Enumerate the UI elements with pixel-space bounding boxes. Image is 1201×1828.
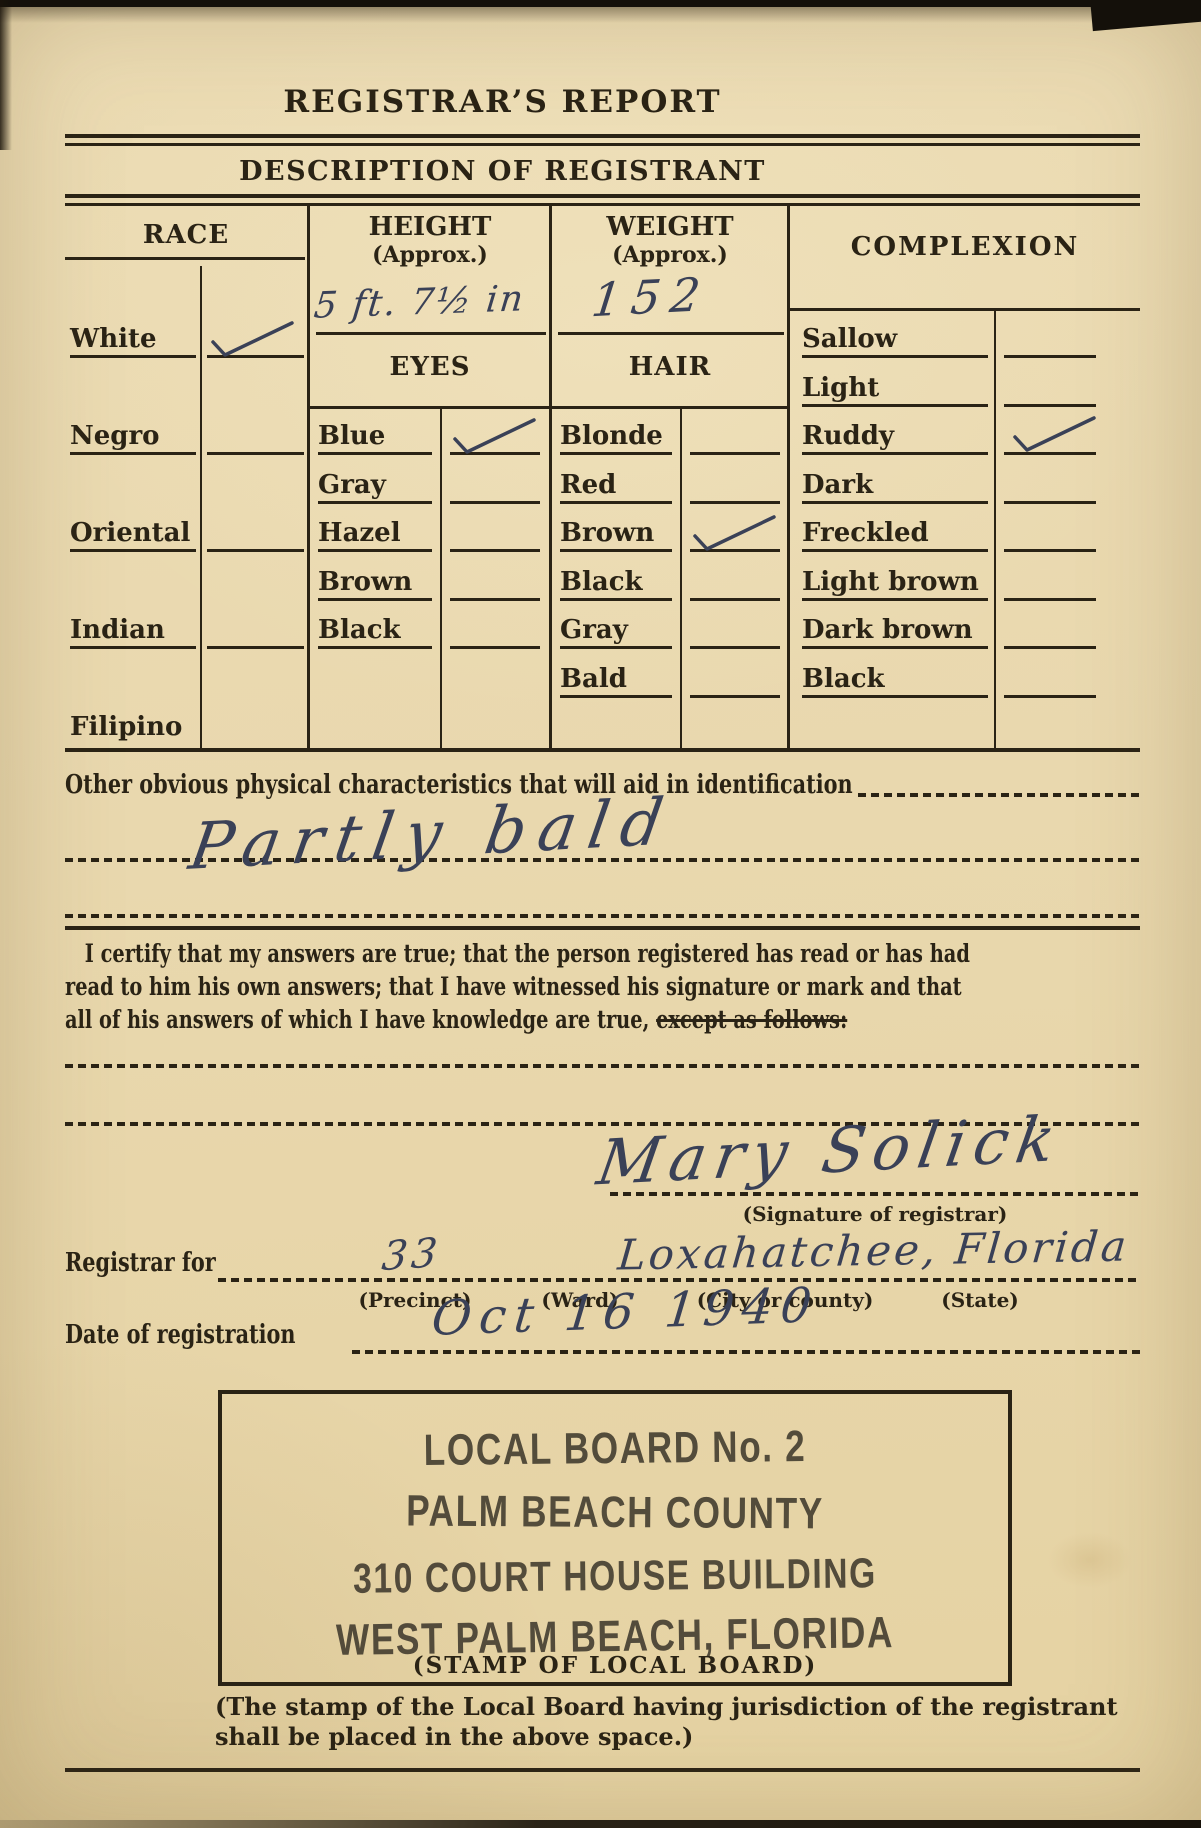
- eye-color-label: Blue: [318, 419, 432, 455]
- race-check-cell: [207, 613, 304, 649]
- divider: [790, 308, 1140, 311]
- divider: [65, 194, 1140, 198]
- scan-edge-left: [0, 0, 12, 150]
- scan-edge-top-shadow: [0, 7, 1201, 23]
- weight-header: WEIGHT: [552, 212, 788, 242]
- checkmark-race-white: [206, 316, 298, 362]
- checkmark-eyes-blue: [448, 413, 540, 459]
- race-check-cell: [207, 516, 304, 552]
- registrar-report-card: REGISTRAR’S REPORT DESCRIPTION OF REGIST…: [0, 0, 1201, 1828]
- complexion-check-cell: [1004, 468, 1096, 504]
- eyes-header: EYES: [310, 352, 550, 382]
- hair-check-cell: [690, 468, 780, 504]
- column-divider: [549, 206, 552, 750]
- hair-color-label: Blonde: [560, 419, 672, 455]
- eye-color-label: Black: [318, 613, 432, 649]
- complexion-label: Dark brown: [802, 613, 988, 649]
- hair-color-label: Brown: [560, 516, 672, 552]
- divider: [552, 406, 788, 409]
- blank-line-dashed: [65, 1064, 1140, 1068]
- state-caption: (State): [905, 1288, 1055, 1312]
- certification-paragraph: I certify that my answers are true; that…: [65, 938, 1165, 1037]
- stamp-caption: (STAMP OF LOCAL BOARD): [218, 1652, 1012, 1679]
- race-header-underline: [65, 257, 305, 260]
- eyes-check-cell: [450, 516, 540, 552]
- race-header: RACE: [65, 220, 307, 250]
- hair-check-cell: [690, 419, 780, 455]
- column-divider: [787, 206, 790, 750]
- divider: [310, 406, 550, 409]
- eyes-check-cell: [450, 468, 540, 504]
- precinct-value: 33: [380, 1230, 444, 1281]
- race-row-label: White: [70, 322, 196, 358]
- check-column-divider: [200, 266, 202, 750]
- check-column-divider: [994, 308, 996, 750]
- city-state-value: Loxahatchee, Florida: [616, 1221, 1131, 1279]
- column-divider: [307, 206, 310, 750]
- complexion-label: Light: [802, 371, 988, 407]
- complexion-check-cell: [1004, 322, 1096, 358]
- hair-header: HAIR: [552, 352, 788, 382]
- weight-value: 152: [589, 267, 713, 328]
- race-check-cell: [207, 419, 304, 455]
- race-row-label: Negro: [70, 419, 196, 455]
- hair-check-cell: [690, 662, 780, 698]
- hair-check-cell: [690, 565, 780, 601]
- divider: [65, 143, 1140, 146]
- race-row-label: Oriental: [70, 516, 196, 552]
- stamp-line: LOCAL BOARD No. 2: [297, 1421, 933, 1478]
- footnote-line: (The stamp of the Local Board having jur…: [215, 1692, 1118, 1721]
- divider: [65, 134, 1140, 138]
- eyes-check-cell: [450, 613, 540, 649]
- hair-color-label: Red: [560, 468, 672, 504]
- identification-dashes: [858, 793, 1140, 797]
- complexion-check-cell: [1004, 371, 1096, 407]
- certification-line: all of his answers of which I have knowl…: [65, 1004, 901, 1037]
- certification-line: I certify that my answers are true; that…: [65, 938, 901, 971]
- page-title: REGISTRAR’S REPORT: [65, 84, 940, 120]
- complexion-check-cell: [1004, 662, 1096, 698]
- check-column-divider: [440, 406, 442, 750]
- complexion-label: Freckled: [802, 516, 988, 552]
- complexion-label: Ruddy: [802, 419, 988, 455]
- height-value-line: [316, 332, 546, 335]
- race-row-label: Indian: [70, 613, 196, 649]
- complexion-label: Dark: [802, 468, 988, 504]
- race-row-label: Filipino: [70, 710, 196, 743]
- complexion-check-cell: [1004, 613, 1096, 649]
- eye-color-label: Hazel: [318, 516, 432, 552]
- eyes-check-cell: [450, 565, 540, 601]
- registrar-for-label: Registrar for: [65, 1248, 216, 1278]
- weight-approx-label: (Approx.): [552, 242, 788, 268]
- checkmark-hair-brown: [688, 510, 780, 556]
- registrar-signature: Mary Solick: [592, 1101, 1068, 1199]
- certification-line-text: all of his answers of which I have knowl…: [65, 1005, 656, 1035]
- registration-date-line: [352, 1350, 1140, 1354]
- complexion-check-cell: [1004, 516, 1096, 552]
- stamp-line: PALM BEACH COUNTY: [297, 1486, 933, 1540]
- scan-edge-bottom: [0, 1820, 1201, 1828]
- height-value: 5 ft. 7½ in: [312, 278, 527, 327]
- stamp-line: 310 COURT HOUSE BUILDING: [297, 1549, 933, 1604]
- certification-line: read to him his own answers; that I have…: [65, 971, 901, 1004]
- blank-line-dashed: [65, 914, 1140, 918]
- height-approx-label: (Approx.): [310, 242, 550, 268]
- footnote-line: shall be placed in the above space.): [215, 1722, 693, 1751]
- certification-struck-text: except as follows:: [656, 1005, 847, 1035]
- check-column-divider: [680, 406, 682, 750]
- section-rule: [65, 926, 1140, 930]
- section-heading: DESCRIPTION OF REGISTRANT: [65, 156, 940, 187]
- hair-check-cell: [690, 613, 780, 649]
- complexion-header: COMPLEXION: [790, 232, 1140, 262]
- height-header: HEIGHT: [310, 212, 550, 242]
- complexion-check-cell: [1004, 565, 1096, 601]
- eye-color-label: Gray: [318, 468, 432, 504]
- checkmark-complexion-ruddy: [1008, 411, 1100, 457]
- hair-color-label: Gray: [560, 613, 672, 649]
- complexion-label: Light brown: [802, 565, 988, 601]
- complexion-label: Sallow: [802, 322, 988, 358]
- eye-color-label: Brown: [318, 565, 432, 601]
- scan-edge-top: [0, 0, 1201, 7]
- table-bottom-rule: [65, 748, 1140, 752]
- scan-corner-top-right: [1090, 0, 1201, 31]
- hair-color-label: Bald: [560, 662, 672, 698]
- weight-value-line: [558, 332, 784, 335]
- bottom-rule: [65, 1768, 1140, 1772]
- hair-color-label: Black: [560, 565, 672, 601]
- divider: [65, 203, 1140, 206]
- registration-date-label: Date of registration: [65, 1320, 296, 1350]
- complexion-label: Black: [802, 662, 988, 698]
